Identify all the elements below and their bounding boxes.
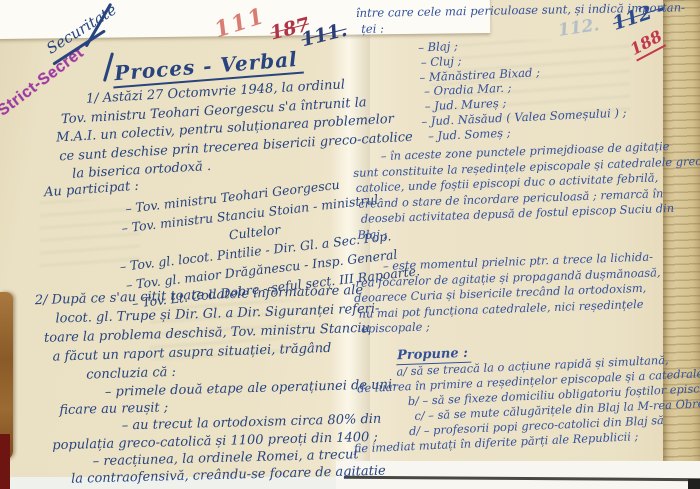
moment-paragraph: – este momentul prielnic ptr. a trece la…	[353, 248, 700, 338]
scan-corner-shadow	[688, 479, 700, 489]
zones-paragraph: – în aceste zone punctele primejdioase d…	[352, 138, 699, 244]
scanned-notebook: Strict-Secret Securitate 111 187 111. 11…	[0, 0, 700, 489]
findings-list: – primele două etape ale operațiunei de …	[47, 377, 385, 489]
localities-list: – Blaj ; – Cluj ; – Mănăstirea Bixad ; –…	[418, 32, 628, 144]
proposals-list: a/ să se treacă la o acțiune rapidă și s…	[350, 351, 700, 456]
continuation-paragraph: între care cele mai periculoase sunt, și…	[356, 0, 700, 37]
next-page-edge-right	[336, 461, 700, 489]
paragraph-1: 1/ Astăzi 27 Octomvrie 1948, la ordinul …	[54, 76, 365, 185]
binding-corner-mark	[0, 434, 10, 489]
proposals-heading: Propune :	[396, 342, 472, 364]
paragraph-2: 2/ După ce s'au citit toate datele infor…	[35, 281, 368, 386]
